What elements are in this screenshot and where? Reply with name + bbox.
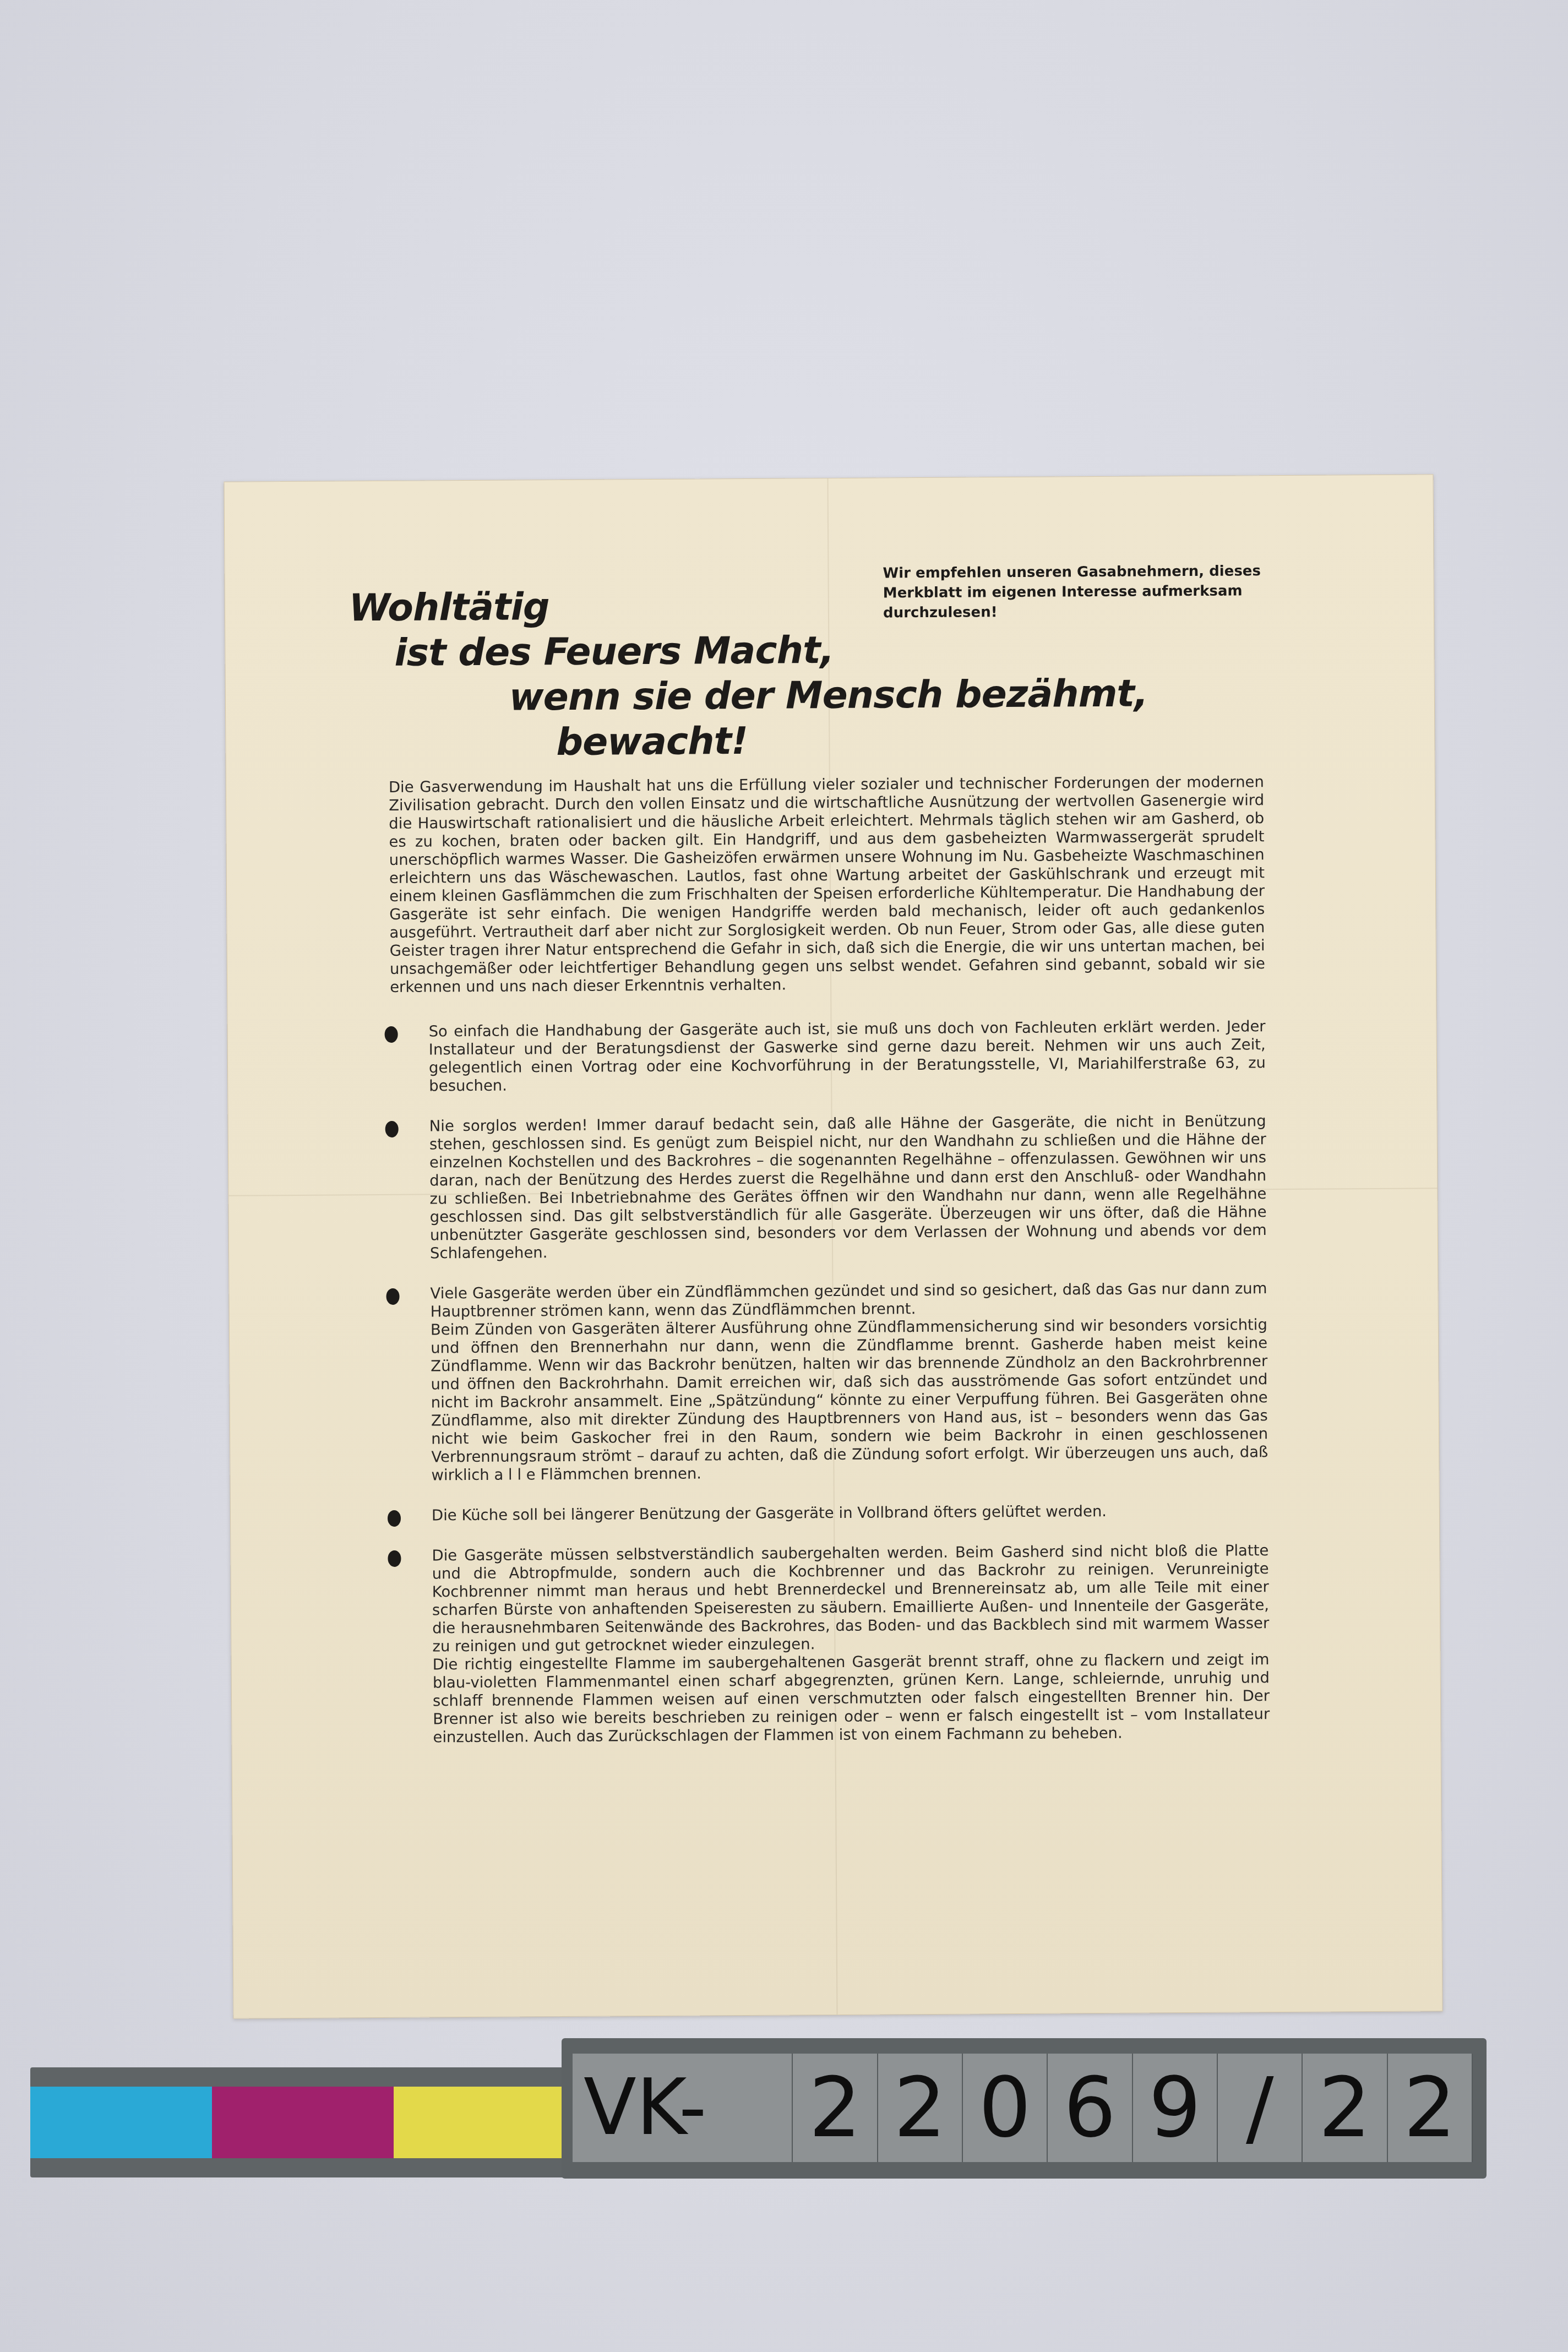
bullet-paragraph: Die richtig eingestellte Flamme im saube… [433, 1651, 1270, 1746]
bullet-dot-icon [388, 1550, 401, 1567]
inventory-digit: 6 [1048, 2054, 1133, 2162]
inventory-digit: 2 [1388, 2054, 1473, 2162]
bullet-paragraph: Viele Gasgeräte werden über ein Zündfläm… [430, 1280, 1267, 1321]
bullet-list: So einfach die Handhabung der Gasgeräte … [390, 1017, 1270, 1747]
inventory-digit: / [1218, 2054, 1303, 2162]
bullet-paragraph: Nie sorglos werden! Immer darauf bedacht… [429, 1112, 1267, 1262]
headline-line: ist des Feuers Macht, [394, 627, 1120, 676]
recommendation-note: Wir empfehlen unseren Gasabnehmern, dies… [883, 561, 1268, 623]
bullet-paragraph: Beim Zünden von Gasgeräten älterer Ausfü… [431, 1316, 1268, 1484]
bullet-item: Viele Gasgeräte werden über ein Zündfläm… [391, 1280, 1268, 1485]
bullet-dot-icon [385, 1121, 399, 1137]
bullet-paragraph: Die Gasgeräte müssen selbstverständlich … [432, 1542, 1269, 1656]
bullet-dot-icon [385, 1026, 398, 1043]
color-reference-bar [30, 2067, 570, 2177]
inventory-prefix: VK- [573, 2054, 793, 2162]
bullet-paragraph: So einfach die Handhabung der Gasgeräte … [429, 1017, 1266, 1095]
inventory-digit: 0 [963, 2054, 1048, 2162]
body-text: Die Gasverwendung im Haushalt hat uns di… [389, 773, 1270, 1769]
bullet-dot-icon [386, 1288, 399, 1305]
inventory-digit: 2 [878, 2054, 963, 2162]
inventory-label: VK- 22069/22 [562, 2038, 1487, 2179]
yellow-swatch [394, 2087, 575, 2158]
magenta-swatch [212, 2087, 394, 2158]
headline-line: wenn sie der Mensch bezähmt, [509, 672, 1120, 721]
cyan-swatch [30, 2087, 212, 2158]
bullet-item: So einfach die Handhabung der Gasgeräte … [390, 1017, 1266, 1096]
intro-paragraph: Die Gasverwendung im Haushalt hat uns di… [389, 773, 1265, 997]
bullet-dot-icon [388, 1510, 401, 1527]
bullet-item: Die Gasgeräte müssen selbstverständlich … [393, 1542, 1270, 1747]
inventory-digit: 9 [1133, 2054, 1218, 2162]
inventory-digit: 2 [1303, 2054, 1387, 2162]
bullet-paragraph: Die Küche soll bei längerer Benützung de… [432, 1501, 1268, 1525]
document-sheet: Wohltätig ist des Feuers Macht, wenn sie… [224, 474, 1442, 2018]
bullet-item: Die Küche soll bei längerer Benützung de… [393, 1501, 1268, 1525]
inventory-digit: 2 [793, 2054, 878, 2162]
bullet-item: Nie sorglos werden! Immer darauf bedacht… [391, 1112, 1267, 1263]
headline-line: bewacht! [556, 717, 1120, 765]
